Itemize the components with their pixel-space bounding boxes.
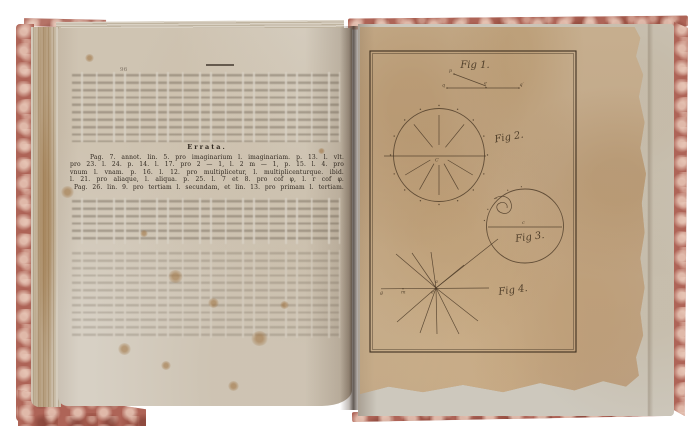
errata-heading: Errata. <box>70 143 344 151</box>
fig4-center-dot <box>435 288 437 290</box>
fig2-rim-dot <box>394 173 395 174</box>
fig2-rim-dot <box>438 204 439 205</box>
foxing-spot <box>118 343 131 355</box>
fig2-rim-dot <box>394 135 395 136</box>
fig2-spoke <box>420 164 435 190</box>
fig2-spoke <box>448 160 473 175</box>
fig1-diagonal-line <box>454 74 486 86</box>
foxing-spot <box>318 148 325 154</box>
fig2-spoke <box>405 160 430 175</box>
fig2-rim-dot <box>404 119 405 120</box>
foxing-spot <box>280 301 289 309</box>
foxing-spot <box>140 230 148 237</box>
foxing-spot <box>228 381 239 391</box>
errata-line: Pag. 7. annot. lin. 5. pro imaginarium l… <box>70 154 344 162</box>
fig2-rim-dot <box>420 200 421 201</box>
fig1-point-label-e: e <box>484 82 487 87</box>
book-photo: 96 Errata. Pag. 7. annot. lin. 5. pro im… <box>0 0 700 445</box>
figure-4: a m e g Fig 4. <box>380 239 528 334</box>
errata-section: Errata. Pag. 7. annot. lin. 5. pro imagi… <box>70 143 344 191</box>
fig4-ray <box>436 288 459 334</box>
plate-border-inner <box>373 54 574 350</box>
foxing-spot <box>168 270 183 283</box>
fig1-point-dot <box>446 87 448 89</box>
foxing-spot <box>61 186 74 198</box>
fig4-point-label-m: m <box>401 291 406 296</box>
fig2-rim-dot <box>390 154 391 155</box>
errata-line: pro 23. l. 24. p. 14. l. 17. pro 2 — 1, … <box>70 161 344 169</box>
fig3-spiral <box>494 196 511 213</box>
plate-figures-svg: Fig 1. p q e q′ C Fig 2. c Fig 3. <box>360 27 646 394</box>
cover-edge-right <box>674 22 688 416</box>
fig2-center-label: C <box>435 158 439 164</box>
errata-line: l. 21. pro aliaque, l. aliqua. p. 25. l.… <box>70 176 344 184</box>
fig4-label: Fig 4. <box>497 283 529 298</box>
fig2-rim-dot <box>487 154 488 155</box>
fig2-spoke <box>445 124 464 147</box>
fig4-ray <box>436 288 478 321</box>
ghost-text-block <box>72 198 340 244</box>
errata-line: Pag. 26. lin. 9. pro tertiam l. secundam… <box>70 184 344 192</box>
fig4-ray <box>436 288 437 334</box>
fig1-label: Fig 1. <box>459 60 489 71</box>
fig4-point-label-e: e <box>431 291 434 296</box>
errata-line: vnum l. vnam. p. 16. l. 12. pro multipli… <box>70 169 344 177</box>
fig3-label: Fig 3. <box>514 230 546 245</box>
fig3-rim-dot <box>484 220 485 221</box>
fig1-point-dot <box>453 73 455 75</box>
fig3-rim-dot <box>487 209 488 210</box>
fig2-rim-dot <box>483 135 484 136</box>
fig3-rim-dot <box>521 186 522 187</box>
fig4-ray <box>436 265 464 288</box>
figure-2: C Fig 2. <box>384 109 524 202</box>
fig3-point-label-c: c <box>522 221 525 226</box>
foxing-spot <box>85 54 94 62</box>
fig2-rim-dot <box>457 109 458 110</box>
fig2-rim-dot <box>473 119 474 120</box>
header-rule <box>206 64 234 66</box>
fig2-rim-dot <box>420 109 421 110</box>
left-page: 96 Errata. Pag. 7. annot. lin. 5. pro im… <box>58 28 352 406</box>
foxing-spot <box>161 361 171 370</box>
ghost-text-block <box>72 250 340 338</box>
fig3-rim-dot <box>507 190 508 191</box>
ghost-text-block <box>72 72 340 142</box>
page-stack-edges-left <box>31 27 61 407</box>
fig1-point-dot <box>485 87 487 89</box>
fig2-rim-dot <box>457 200 458 201</box>
fig1-point-label-p: p <box>449 69 452 74</box>
plate-border-outer <box>370 51 576 352</box>
fig4-point-label-g: g <box>380 291 383 296</box>
fig2-rim-dot <box>473 189 474 190</box>
fig2-spoke <box>444 164 459 190</box>
fig2-rim-dot <box>404 189 405 190</box>
fig2-label: Fig 2. <box>493 130 525 146</box>
figure-1: Fig 1. p q e q′ <box>442 60 525 89</box>
fig2-spoke <box>414 124 433 147</box>
foxing-spot <box>208 298 219 308</box>
fig2-rim-dot <box>438 105 439 106</box>
fig1-point-label-q2: q′ <box>520 82 525 88</box>
foxing-spot <box>251 331 268 346</box>
fig3-circle <box>487 189 564 263</box>
fig4-point-label-a: a <box>435 280 438 285</box>
fig2-rim-dot <box>483 173 484 174</box>
fig1-point-label-q: q <box>442 84 445 89</box>
fig3-rim-dot <box>495 198 496 199</box>
figure-3: c Fig 3. <box>487 189 564 263</box>
fig4-point-dot <box>402 288 403 289</box>
